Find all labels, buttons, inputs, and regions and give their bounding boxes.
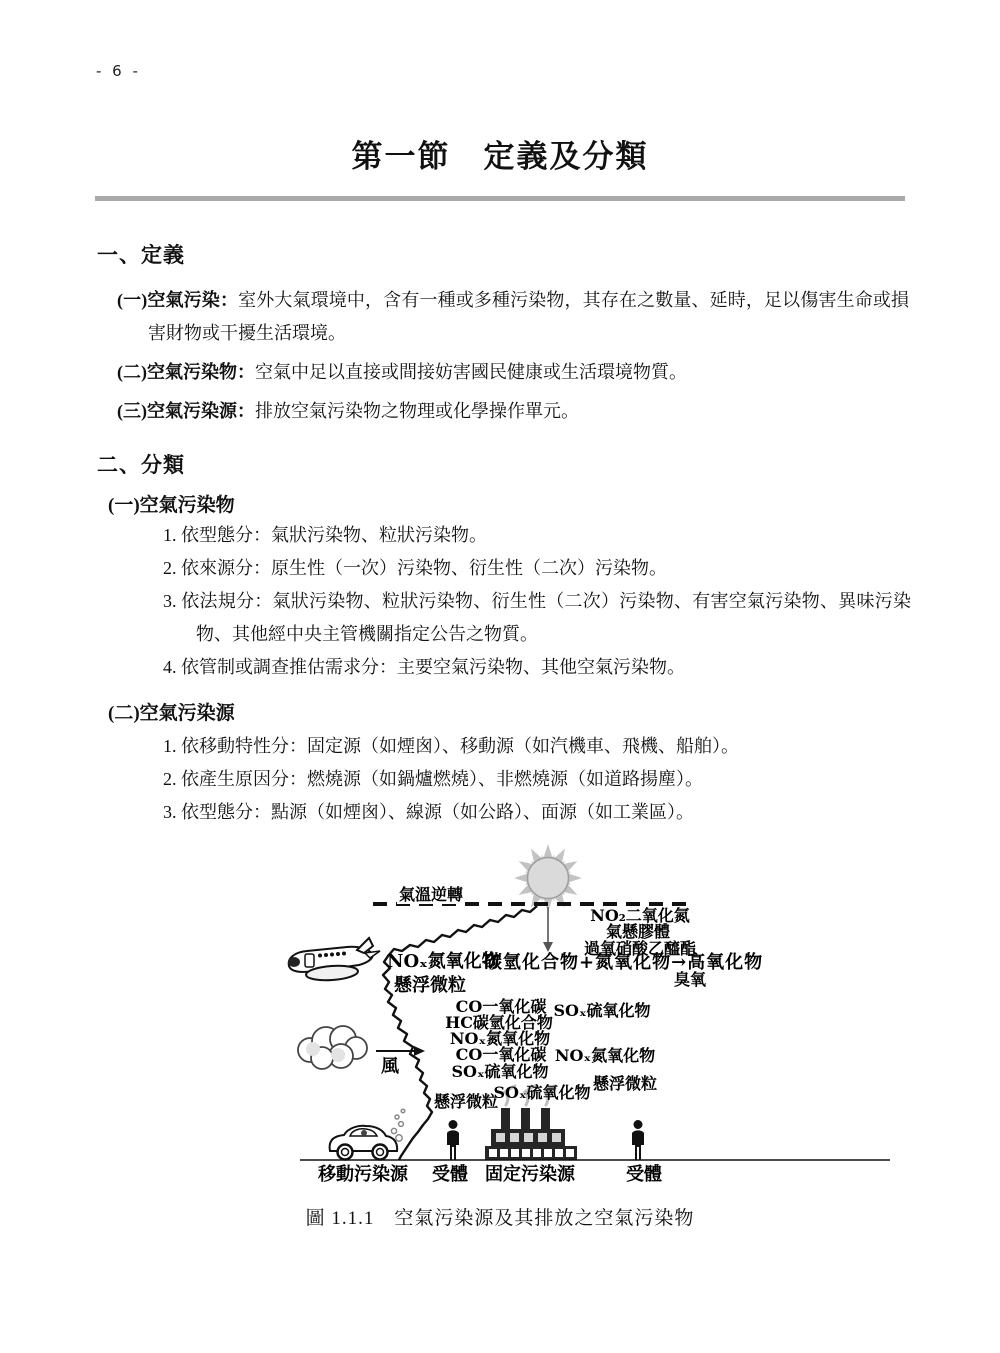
person-icon — [447, 1120, 459, 1160]
sun-arrow — [543, 907, 553, 952]
section-heading-classification: 二、分類 — [97, 449, 185, 479]
pollution-sources-figure: 氣溫逆轉 NO₂二氧化氮 氣懸膠體 過氧硝酸乙醯酯 碳氫化合物+氮氧化物→高氧化… — [280, 843, 980, 1193]
group-heading-pollutants: (一)空氣污染物 — [108, 490, 235, 517]
list-item: 3. 依法規分：氣狀污染物、粒狀污染物、衍生性（二次）污染物、有害空氣污染物、異… — [163, 585, 911, 651]
pollution-source-list: 1. 依移動特性分：固定源（如煙囪）、移動源（如汽機車、飛機、船舶）。 2. 依… — [163, 730, 911, 829]
figure-caption: 圖 1.1.1 空氣污染源及其排放之空氣污染物 — [0, 1203, 1000, 1230]
page-title: 第一節 定義及分類 — [0, 131, 1000, 176]
definition-term: 空氣污染源： — [147, 401, 255, 421]
list-item: 1. 依移動特性分：固定源（如煙囪）、移動源（如汽機車、飛機、船舶）。 — [163, 730, 911, 763]
definition-item: (一)空氣污染：室外大氣環境中，含有一種或多種污染物，其存在之數量、延時，足以傷… — [117, 284, 909, 350]
document-page: - 6 - 第一節 定義及分類 一、定義 (一)空氣污染：室外大氣環境中，含有一… — [0, 0, 1000, 1353]
label-receptor-1: 受體 — [432, 1166, 468, 1185]
page-number: - 6 - — [96, 62, 141, 80]
group-title: 空氣污染源 — [140, 703, 235, 724]
definition-item: (三)空氣污染源：排放空氣污染物之物理或化學操作單元。 — [117, 395, 909, 428]
label-right-sox: SOₓ硫氧化物 — [553, 1003, 650, 1020]
pollutant-type-list: 1. 依型態分：氣狀污染物、粒狀污染物。 2. 依來源分：原生性（一次）污染物、… — [163, 519, 911, 684]
label-left-tsp: 懸浮微粒 — [434, 1094, 498, 1111]
definition-text: 排放空氣污染物之物理或化學操作單元。 — [255, 401, 579, 421]
group-label: (一) — [108, 495, 140, 516]
label-receptor-2: 受體 — [626, 1166, 662, 1185]
definition-item: (二)空氣污染物：空氣中足以直接或間接妨害國民健康或生活環境物質。 — [117, 356, 909, 389]
list-item: 2. 依產生原因分：燃燒源（如鍋爐燃燒）、非燃燒源（如道路揚塵）。 — [163, 763, 911, 796]
definition-label: (二) — [117, 362, 147, 382]
label-mobile-source: 移動污染源 — [318, 1166, 408, 1185]
wind-arrow-icon — [376, 1046, 425, 1056]
definition-label: (三) — [117, 401, 147, 421]
list-item: 2. 依來源分：原生性（一次）污染物、衍生性（二次）污染物。 — [163, 552, 911, 585]
label-right-nox: NOₓ氮氧化物 — [555, 1048, 655, 1065]
definition-text: 室外大氣環境中，含有一種或多種污染物，其存在之數量、延時，足以傷害生命或損害財物… — [148, 290, 909, 343]
sun-icon — [514, 844, 582, 912]
definition-term: 空氣污染物： — [147, 362, 255, 382]
person-icon — [632, 1120, 644, 1160]
factory-icon — [485, 1108, 577, 1160]
definition-term: 空氣污染： — [147, 290, 238, 310]
label-factory-sox: SOₓ硫氧化物 — [493, 1085, 590, 1102]
label-plane-nox: NOₓ氮氧化物 — [387, 953, 500, 972]
label-stationary-source: 固定污染源 — [485, 1166, 575, 1185]
definition-list: (一)空氣污染：室外大氣環境中，含有一種或多種污染物，其存在之數量、延時，足以傷… — [117, 284, 909, 434]
airplane-icon — [288, 938, 380, 982]
label-right-tsp: 懸浮微粒 — [593, 1076, 657, 1093]
car-icon — [330, 1126, 398, 1160]
list-item: 1. 依型態分：氣狀污染物、粒狀污染物。 — [163, 519, 911, 552]
list-item: 3. 依型態分：點源（如煙囪）、線源（如公路）、面源（如工業區）。 — [163, 796, 911, 829]
title-rule — [95, 196, 905, 201]
cloud-icon — [298, 1026, 367, 1069]
definition-text: 空氣中足以直接或間接妨害國民健康或生活環境物質。 — [255, 362, 687, 382]
label-wind: 風 — [381, 1058, 399, 1077]
group-title: 空氣污染物 — [140, 495, 235, 516]
label-mid-sox: SOₓ硫氧化物 — [451, 1064, 548, 1081]
label-plane-tsp: 懸浮微粒 — [394, 977, 466, 996]
label-reaction: 碳氫化合物+氮氧化物→高氧化物 — [484, 954, 763, 973]
group-heading-sources: (二)空氣污染源 — [108, 698, 235, 725]
label-ozone: 臭氧 — [674, 972, 706, 989]
list-item: 4. 依管制或調查推估需求分：主要空氣污染物、其他空氣污染物。 — [163, 651, 911, 684]
group-label: (二) — [108, 703, 140, 724]
inversion-label: 氣溫逆轉 — [397, 887, 465, 904]
section-heading-definitions: 一、定義 — [97, 239, 185, 269]
definition-label: (一) — [117, 290, 147, 310]
